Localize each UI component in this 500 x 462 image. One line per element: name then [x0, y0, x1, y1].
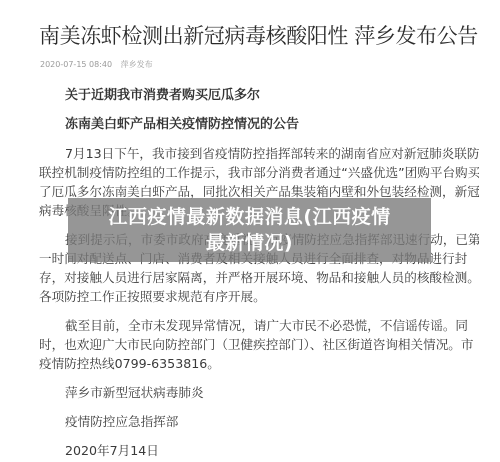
caption-overlay: 江西疫情最新数据消息(江西疫情最新情况) — [68, 198, 431, 262]
notice-title-line-1: 关于近期我市消费者购买厄瓜多尔 — [65, 86, 479, 115]
notice-title-line-2: 冻南美白虾产品相关疫情防控情况的公告 — [65, 115, 479, 144]
publish-datetime: 2020-07-15 08:40 — [40, 60, 112, 69]
paragraph-line: 疫情防控热线0799-6353816。 — [39, 354, 479, 373]
paragraph-line: 时，也欢迎广大市民向防控部门（卫健疾控部门）、社区街道咨询相关情况。市 — [39, 335, 479, 354]
article-body: 关于近期我市消费者购买厄瓜多尔 冻南美白虾产品相关疫情防控情况的公告 7月13日… — [39, 86, 479, 462]
paragraph-line: 各项防控工作正按照要求规范有序开展。 — [39, 287, 479, 306]
source-name[interactable]: 萍乡发布 — [121, 60, 153, 69]
paragraph-line: 存，对接触人员进行居家隔离，并严格开展环境、物品和接触人员的核酸检测。 — [39, 268, 479, 287]
paragraph-line: 7月13日下午，我市接到省疫情防控指挥部转来的湖南省应对新冠肺炎联防 — [39, 144, 479, 163]
article-meta: 2020-07-15 08:40 萍乡发布 — [40, 59, 153, 70]
overlay-caption: 江西疫情最新数据消息(江西疫情最新情况) — [100, 204, 400, 256]
signature-org-line-2: 疫情防控应急指挥部 — [65, 412, 479, 431]
paragraph-line: 联控机制疫情防控组的工作提示，我市部分消费者通过“兴盛优选”团购平台购买 — [39, 163, 479, 182]
signature-date: 2020年7月14日 — [65, 441, 479, 460]
signature-org-line-1: 萍乡市新型冠状病毒肺炎 — [65, 383, 479, 402]
paragraph-line: 截至目前，全市未发现异常情况，请广大市民不必恐慌，不信谣传谣。同 — [39, 316, 479, 335]
headline: 南美冻虾检测出新冠病毒核酸阳性 萍乡发布公告 — [39, 22, 478, 50]
paragraph-3: 截至目前，全市未发现异常情况，请广大市民不必恐慌，不信谣传谣。同 时，也欢迎广大… — [39, 316, 479, 373]
